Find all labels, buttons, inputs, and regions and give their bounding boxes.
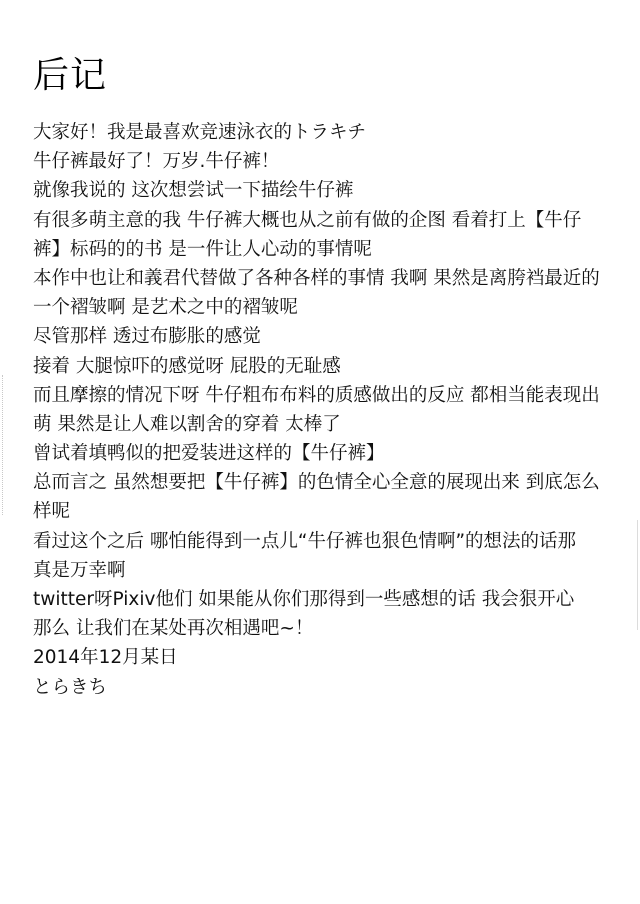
text-line: 大家好！我是最喜欢竞速泳衣的トラキチ	[33, 118, 623, 147]
page-edge-line	[637, 520, 638, 630]
date-line: 2014年12月某日	[33, 643, 623, 672]
text-line: 而且摩擦的情况下呀 牛仔粗布布料的质感做出的反应 都相当能表现出	[33, 381, 623, 410]
page-edge-dotted-line	[2, 375, 3, 515]
text-line: 就像我说的 这次想尝试一下描绘牛仔裤	[33, 176, 623, 205]
author-signature: とらきち	[33, 673, 623, 702]
text-line: 看过这个之后 哪怕能得到一点儿“牛仔裤也狠色情啊”的想法的话那	[33, 527, 623, 556]
text-line: 牛仔裤最好了！万岁.牛仔裤！	[33, 147, 623, 176]
text-line: 裤】标码的的书 是一件让人心动的事情呢	[33, 235, 623, 264]
afterword-page: 后记 大家好！我是最喜欢竞速泳衣的トラキチ 牛仔裤最好了！万岁.牛仔裤！ 就像我…	[0, 0, 640, 904]
text-line: 有很多萌主意的我 牛仔裤大概也从之前有做的企图 看着打上【牛仔	[33, 206, 623, 235]
text-line: 萌 果然是让人难以割舍的穿着 太棒了	[33, 410, 623, 439]
text-line: 曾试着填鸭似的把爱装进这样的【牛仔裤】	[33, 439, 623, 468]
text-line: twitter呀Pixiv他们 如果能从你们那得到一些感想的话 我会狠开心	[33, 585, 623, 614]
text-line: 一个褶皱啊 是艺术之中的褶皱呢	[33, 293, 623, 322]
text-line: 本作中也让和義君代替做了各种各样的事情 我啊 果然是离胯裆最近的	[33, 264, 623, 293]
text-line: 那么 让我们在某处再次相遇吧~！	[33, 614, 623, 643]
text-line: 样呢	[33, 497, 623, 526]
afterword-body: 大家好！我是最喜欢竞速泳衣的トラキチ 牛仔裤最好了！万岁.牛仔裤！ 就像我说的 …	[33, 118, 623, 702]
text-line: 真是万幸啊	[33, 556, 623, 585]
text-line: 总而言之 虽然想要把【牛仔裤】的色情全心全意的展现出来 到底怎么	[33, 468, 623, 497]
text-line: 尽管那样 透过布膨胀的感觉	[33, 322, 623, 351]
page-title: 后记	[33, 56, 107, 96]
text-line: 接着 大腿惊吓的感觉呀 屁股的无耻感	[33, 352, 623, 381]
